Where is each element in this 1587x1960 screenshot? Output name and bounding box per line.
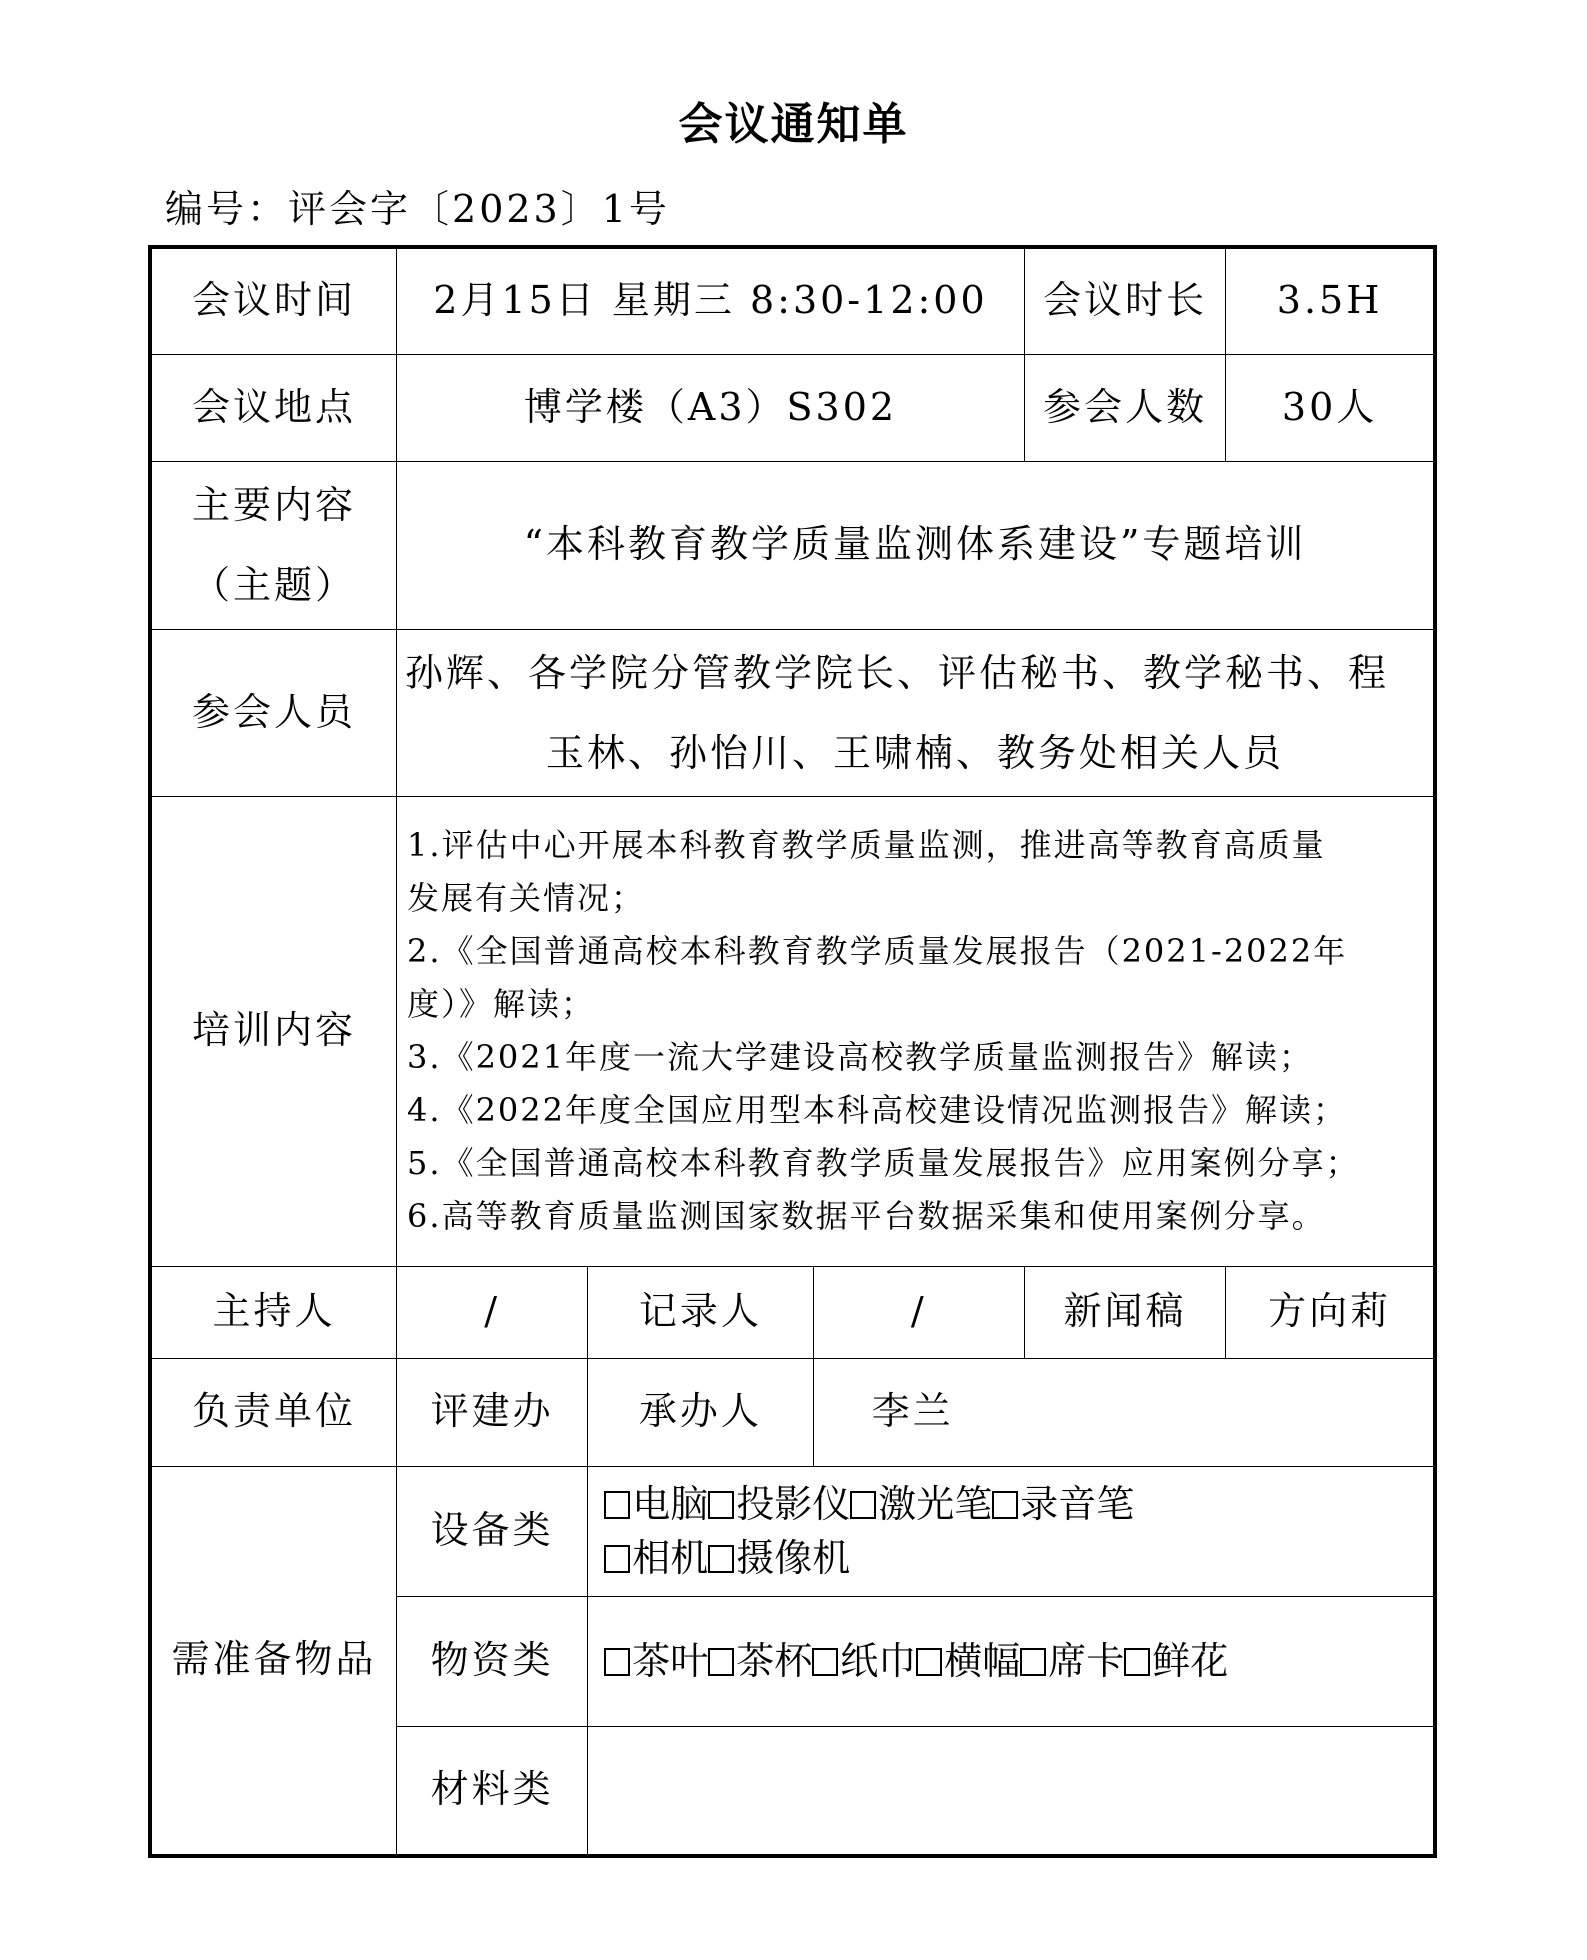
training-line: 3.《2021年度一流大学建设高校教学质量监测报告》解读； — [407, 1031, 1423, 1084]
item-label: 投影仪 — [736, 1482, 850, 1526]
documents-label: 材料类 — [397, 1726, 588, 1856]
training-label: 培训内容 — [150, 796, 397, 1266]
checkbox-name-card[interactable] — [1020, 1648, 1046, 1676]
item-label: 摄像机 — [736, 1536, 850, 1580]
document-title: 会议通知单 — [0, 88, 1587, 152]
responsible-unit-value: 评建办 — [397, 1358, 588, 1466]
attendees-line2: 玉林、孙怡川、王啸楠、教务处相关人员 — [405, 713, 1425, 793]
row-equipment: 需准备物品 设备类 电脑投影仪激光笔录音笔 相机摄像机 — [150, 1466, 1435, 1596]
row-responsible: 负责单位 评建办 承办人 李兰 — [150, 1358, 1435, 1466]
checkbox-flowers[interactable] — [1124, 1648, 1150, 1676]
item-label: 纸巾 — [840, 1639, 916, 1683]
attendees-line1: 孙辉、各学院分管教学院长、评估秘书、教学秘书、程 — [405, 633, 1425, 713]
meeting-time-label: 会议时间 — [150, 247, 397, 354]
checkbox-laser-pointer[interactable] — [850, 1491, 876, 1519]
organizer-label: 承办人 — [588, 1358, 813, 1466]
item-label: 茶叶 — [632, 1639, 708, 1683]
topic-label-line1: 主要内容 — [152, 465, 396, 545]
training-line: 1.评估中心开展本科教育教学质量监测，推进高等教育高质量 — [407, 819, 1423, 872]
checkbox-voice-recorder[interactable] — [992, 1491, 1018, 1519]
location-label: 会议地点 — [150, 354, 397, 461]
checkbox-banner[interactable] — [916, 1648, 942, 1676]
recorder-label: 记录人 — [588, 1266, 813, 1358]
checkbox-tea[interactable] — [604, 1648, 630, 1676]
checkbox-camera[interactable] — [604, 1545, 630, 1573]
row-topic: 主要内容 （主题） “本科教育教学质量监测体系建设”专题培训 — [150, 461, 1435, 629]
host-value: / — [397, 1266, 588, 1358]
location-value: 博学楼（A3）S302 — [397, 354, 1025, 461]
attendees-value: 孙辉、各学院分管教学院长、评估秘书、教学秘书、程 玉林、孙怡川、王啸楠、教务处相… — [397, 629, 1435, 796]
recorder-value: / — [813, 1266, 1024, 1358]
training-line: 度）》解读； — [407, 978, 1423, 1031]
item-label: 相机 — [632, 1536, 708, 1580]
checkbox-tea-cup[interactable] — [708, 1648, 734, 1676]
duration-value: 3.5H — [1226, 247, 1435, 354]
item-label: 录音笔 — [1020, 1482, 1134, 1526]
responsible-unit-label: 负责单位 — [150, 1358, 397, 1466]
press-label: 新闻稿 — [1024, 1266, 1225, 1358]
training-line: 发展有关情况； — [407, 872, 1423, 925]
attendee-count-value: 30人 — [1226, 354, 1435, 461]
equipment-items: 电脑投影仪激光笔录音笔 相机摄像机 — [588, 1466, 1435, 1596]
document-number-value: 评会字〔2023〕1号 — [288, 187, 670, 231]
item-label: 电脑 — [632, 1482, 708, 1526]
documents-value — [588, 1726, 1435, 1856]
checkbox-video-camera[interactable] — [708, 1545, 734, 1573]
host-label: 主持人 — [150, 1266, 397, 1358]
item-label: 鲜花 — [1152, 1639, 1228, 1683]
row-training: 培训内容 1.评估中心开展本科教育教学质量监测，推进高等教育高质量 发展有关情况… — [150, 796, 1435, 1266]
organizer-value: 李兰 — [813, 1358, 1435, 1466]
row-location: 会议地点 博学楼（A3）S302 参会人数 30人 — [150, 354, 1435, 461]
meeting-notice-table: 会议时间 2月15日 星期三 8:30-12:00 会议时长 3.5H 会议地点… — [148, 245, 1437, 1858]
item-label: 横幅 — [944, 1639, 1020, 1683]
training-line: 2.《全国普通高校本科教育教学质量发展报告（2021-2022年 — [407, 925, 1423, 978]
item-label: 茶杯 — [736, 1639, 812, 1683]
equipment-label: 设备类 — [397, 1466, 588, 1596]
training-line: 4.《2022年度全国应用型本科高校建设情况监测报告》解读； — [407, 1084, 1423, 1137]
item-label: 席卡 — [1048, 1639, 1124, 1683]
topic-label-line2: （主题） — [152, 545, 396, 625]
row-host: 主持人 / 记录人 / 新闻稿 方向莉 — [150, 1266, 1435, 1358]
topic-value: “本科教育教学质量监测体系建设”专题培训 — [397, 461, 1435, 629]
materials-items: 茶叶茶杯纸巾横幅席卡鲜花 — [588, 1596, 1435, 1726]
training-line: 6.高等教育质量监测国家数据平台数据采集和使用案例分享。 — [407, 1190, 1423, 1243]
topic-label: 主要内容 （主题） — [150, 461, 397, 629]
document-number: 编号：评会字〔2023〕1号 — [165, 178, 670, 233]
checkbox-projector[interactable] — [708, 1491, 734, 1519]
press-value: 方向莉 — [1226, 1266, 1435, 1358]
attendee-count-label: 参会人数 — [1024, 354, 1225, 461]
supplies-label: 需准备物品 — [150, 1466, 397, 1856]
checkbox-computer[interactable] — [604, 1491, 630, 1519]
training-content: 1.评估中心开展本科教育教学质量监测，推进高等教育高质量 发展有关情况； 2.《… — [397, 796, 1435, 1266]
document-number-label: 编号： — [165, 187, 288, 231]
materials-label: 物资类 — [397, 1596, 588, 1726]
checkbox-tissue[interactable] — [812, 1648, 838, 1676]
meeting-time-value: 2月15日 星期三 8:30-12:00 — [397, 247, 1025, 354]
training-line: 5.《全国普通高校本科教育教学质量发展报告》应用案例分享； — [407, 1137, 1423, 1190]
duration-label: 会议时长 — [1024, 247, 1225, 354]
item-label: 激光笔 — [878, 1482, 992, 1526]
row-meeting-time: 会议时间 2月15日 星期三 8:30-12:00 会议时长 3.5H — [150, 247, 1435, 354]
attendees-label: 参会人员 — [150, 629, 397, 796]
row-attendees: 参会人员 孙辉、各学院分管教学院长、评估秘书、教学秘书、程 玉林、孙怡川、王啸楠… — [150, 629, 1435, 796]
